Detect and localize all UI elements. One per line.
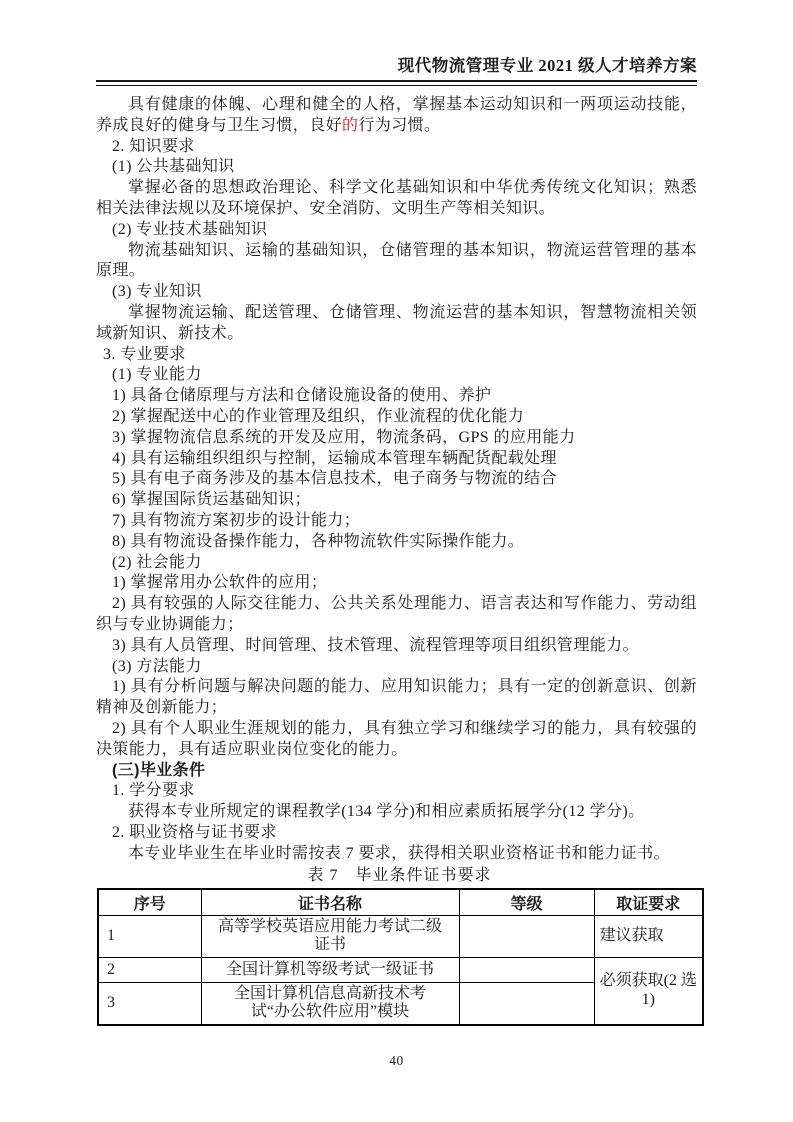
paragraph-text: 3. 专业要求 [103,346,186,363]
red-highlight-text: 的 [342,117,358,134]
paragraph: 3. 专业要求 [96,345,697,366]
paragraph-text: (2) 专业技术基础知识 [112,221,267,238]
paragraph-text: 1) 具有分析问题与解决问题的能力、应用知识能力；具有一定的创新意识、创新精神及… [96,678,697,716]
paragraph-text: 8) 具有物流设备操作能力，各种物流软件实际操作能力。 [112,533,524,550]
paragraph: (1) 专业能力 [96,365,697,386]
paragraph-text: 7) 具有物流方案初步的设计能力； [112,512,360,529]
table-row: 1高等学校英语应用能力考试二级证书建议获取 [98,915,703,957]
header-double-rule [96,80,697,86]
paragraph-text: 6) 掌握国际货运基础知识； [112,491,311,508]
paragraph: 1. 学分要求 [96,781,697,802]
paragraph-text: 获得本专业所规定的课程教学(134 学分)和相应素质拓展学分(12 学分)。 [128,803,645,820]
table-header-cell: 证书名称 [201,889,459,915]
paragraph: 1) 掌握常用办公软件的应用； [96,573,697,594]
paragraph-text: 2. 知识要求 [112,138,195,155]
paragraph-text: 3) 掌握物流信息系统的开发及应用，物流条码，GPS 的应用能力 [112,429,575,446]
paragraph-text: 1. 学分要求 [112,782,195,799]
document-page: 现代物流管理专业 2021 级人才培养方案 具有健康的体魄、心理和健全的人格，掌… [0,0,793,1122]
table-caption: 表 7 毕业条件证书要求 [97,865,702,886]
paragraph: 2. 知识要求 [96,137,697,158]
paragraph: (3) 专业知识 [96,282,697,303]
paragraph: 1) 具备仓储原理与方法和仓储设施设备的使用、养护 [96,386,697,407]
paragraph-text: (3) 方法能力 [112,658,202,675]
table-header-cell: 取证要求 [594,889,703,915]
paragraph: 获得本专业所规定的课程教学(134 学分)和相应素质拓展学分(12 学分)。 [96,802,697,823]
paragraph-text: 1) 掌握常用办公软件的应用； [112,574,327,591]
paragraph: 掌握物流运输、配送管理、仓储管理、物流运营的基本知识，智慧物流相关领域新知识、新… [96,303,697,345]
table-cell: 全国计算机信息高新技术考试“办公软件应用”模块 [201,982,459,1025]
section-heading: (三)毕业条件 [96,761,697,782]
table-cell: 2 [98,957,201,982]
paragraph-text: 物流基础知识、运输的基础知识，仓储管理的基本知识，物流运营管理的基本原理。 [96,242,697,280]
paragraph: 8) 具有物流设备操作能力，各种物流软件实际操作能力。 [96,532,697,553]
paragraph-text: (2) 社会能力 [112,554,202,571]
paragraph: 2) 掌握配送中心的作业管理及组织，作业流程的优化能力 [96,407,697,428]
paragraph-text: 行为习惯。 [358,117,440,134]
table-cell: 全国计算机等级考试一级证书 [201,957,459,982]
table-cell: 高等学校英语应用能力考试二级证书 [201,915,459,957]
paragraph: 物流基础知识、运输的基础知识，仓储管理的基本知识，物流运营管理的基本原理。 [96,241,697,283]
table-header-cell: 序号 [98,889,201,915]
table-cell: 必须获取(2 选 1) [594,957,703,1025]
paragraph: 6) 掌握国际货运基础知识； [96,490,697,511]
paragraph: 本专业毕业生在毕业时需按表 7 要求，获得相关职业资格证书和能力证书。 [96,844,697,865]
paragraph-text: 本专业毕业生在毕业时需按表 7 要求，获得相关职业资格证书和能力证书。 [128,845,670,862]
paragraph: 2. 职业资格与证书要求 [96,823,697,844]
paragraph-text: 1) 具备仓储原理与方法和仓储设施设备的使用、养护 [112,387,491,404]
table-cell [459,957,594,982]
paragraph-text: 掌握物流运输、配送管理、仓储管理、物流运营的基本知识，智慧物流相关领域新知识、新… [96,304,697,342]
paragraph-text: 2. 职业资格与证书要求 [112,824,277,841]
paragraph: 具有健康的体魄、心理和健全的人格，掌握基本运动知识和一两项运动技能，养成良好的健… [96,95,697,137]
page-header-title: 现代物流管理专业 2021 级人才培养方案 [96,55,697,77]
table-cell: 建议获取 [594,915,703,957]
paragraph: 掌握必备的思想政治理论、科学文化基础知识和中华优秀传统文化知识；熟悉相关法律法规… [96,178,697,220]
paragraph: 3) 掌握物流信息系统的开发及应用，物流条码，GPS 的应用能力 [96,428,697,449]
paragraph: 2) 具有较强的人际交往能力、公共关系处理能力、语言表达和写作能力、劳动组织与专… [96,594,697,636]
table-header-cell: 等级 [459,889,594,915]
document-body: 具有健康的体魄、心理和健全的人格，掌握基本运动知识和一两项运动技能，养成良好的健… [96,95,697,1026]
table-cell: 1 [98,915,201,957]
paragraph-text: 掌握必备的思想政治理论、科学文化基础知识和中华优秀传统文化知识；熟悉相关法律法规… [96,179,697,217]
paragraph: 3) 具有人员管理、时间管理、技术管理、流程管理等项目组织管理能力。 [96,636,697,657]
paragraph-text: 2) 具有个人职业生涯规划的能力，具有独立学习和继续学习的能力，具有较强的决策能… [96,720,697,758]
paragraph-text: 2) 掌握配送中心的作业管理及组织，作业流程的优化能力 [112,408,524,425]
paragraph-text: (1) 公共基础知识 [112,158,235,175]
table-cell [459,915,594,957]
certificate-requirements-table: 序号证书名称等级取证要求 1高等学校英语应用能力考试二级证书建议获取2全国计算机… [97,888,704,1026]
paragraph: 1) 具有分析问题与解决问题的能力、应用知识能力；具有一定的创新意识、创新精神及… [96,677,697,719]
paragraph: (2) 专业技术基础知识 [96,220,697,241]
paragraph: (2) 社会能力 [96,553,697,574]
paragraph: 4) 具有运输组织组织与控制，运输成本管理车辆配货配载处理 [96,449,697,470]
paragraph-text: 5) 具有电子商务涉及的基本信息技术，电子商务与物流的结合 [112,470,557,487]
paragraph-list: 具有健康的体魄、心理和健全的人格，掌握基本运动知识和一两项运动技能，养成良好的健… [96,95,697,864]
paragraph-text: 2) 具有较强的人际交往能力、公共关系处理能力、语言表达和写作能力、劳动组织与专… [96,595,697,633]
paragraph-text: (1) 专业能力 [112,366,202,383]
paragraph-text: 3) 具有人员管理、时间管理、技术管理、流程管理等项目组织管理能力。 [112,637,639,654]
paragraph: 5) 具有电子商务涉及的基本信息技术，电子商务与物流的结合 [96,469,697,490]
table-header-row: 序号证书名称等级取证要求 [98,889,703,915]
table-row: 2全国计算机等级考试一级证书必须获取(2 选 1) [98,957,703,982]
paragraph: 7) 具有物流方案初步的设计能力； [96,511,697,532]
paragraph-text: 4) 具有运输组织组织与控制，运输成本管理车辆配货配载处理 [112,450,557,467]
paragraph: (3) 方法能力 [96,657,697,678]
page-header: 现代物流管理专业 2021 级人才培养方案 [96,0,697,86]
paragraph-text: (三)毕业条件 [112,762,205,779]
table-cell: 3 [98,982,201,1025]
table-cell [459,982,594,1025]
paragraph: 2) 具有个人职业生涯规划的能力，具有独立学习和继续学习的能力，具有较强的决策能… [96,719,697,761]
paragraph-text: (3) 专业知识 [112,283,202,300]
page-number: 40 [0,1053,793,1069]
paragraph: (1) 公共基础知识 [96,157,697,178]
